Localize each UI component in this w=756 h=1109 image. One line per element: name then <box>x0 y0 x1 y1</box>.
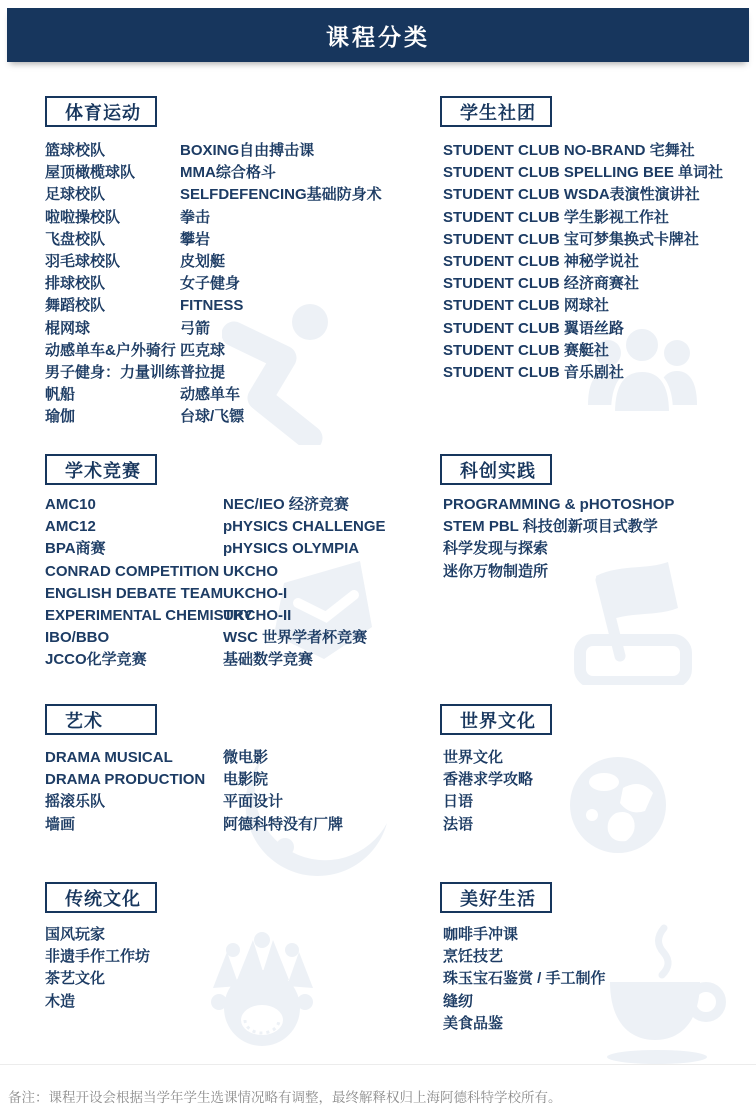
course-item: DRAMA PRODUCTION <box>45 769 205 791</box>
course-item: 非遗手作工作坊 <box>45 946 150 968</box>
course-item: 飞盘校队 <box>45 229 180 251</box>
footer-note: 备注：课程开设会根据当学年学生选课情况略有调整，最终解释权归上海阿德科特学校所有… <box>8 1086 748 1106</box>
good-life-list: 咖啡手冲课烹饪技艺珠玉宝石鉴赏 / 手工制作缝纫美食品鉴 <box>443 924 606 1035</box>
academic-list-col2: NEC/IEO 经济竞赛pHYSICS CHALLENGEpHYSICS OLY… <box>223 494 386 672</box>
student-clubs-list: STUDENT CLUB NO-BRAND 宅舞社STUDENT CLUB SP… <box>443 140 723 384</box>
course-item: STUDENT CLUB 经济商赛社 <box>443 273 723 295</box>
course-item: 国风玩家 <box>45 924 150 946</box>
sports-list-col2: BOXING自由搏击课MMA综合格斗SELFDEFENCING基础防身术拳击攀岩… <box>180 140 382 428</box>
course-item: STUDENT CLUB 学生影视工作社 <box>443 207 723 229</box>
course-item: 缝纫 <box>443 991 606 1013</box>
course-item: 基础数学竞赛 <box>223 649 386 671</box>
course-category-poster: { "page": { "title": "课程分类", "footer_not… <box>0 0 756 1109</box>
course-item: 日语 <box>443 791 533 813</box>
course-item: BOXING自由搏击课 <box>180 140 382 162</box>
course-item: 普拉提 <box>180 362 382 384</box>
course-item: UKCHO-I <box>223 583 386 605</box>
course-item: AMC12 <box>45 516 253 538</box>
course-item: 动感单车 <box>180 384 382 406</box>
arts-list-col1: DRAMA MUSICALDRAMA PRODUCTION摇滚乐队墙画 <box>45 747 205 836</box>
course-item: STUDENT CLUB 宝可梦集换式卡牌社 <box>443 229 723 251</box>
course-item: 咖啡手冲课 <box>443 924 606 946</box>
course-item: 科学发现与探索 <box>443 538 674 560</box>
section-header-sports: 体育运动 <box>45 96 157 127</box>
course-item: STUDENT CLUB NO-BRAND 宅舞社 <box>443 140 723 162</box>
course-item: NEC/IEO 经济竞赛 <box>223 494 386 516</box>
course-item: WSC 世界学者杯竞赛 <box>223 627 386 649</box>
section-header-student-clubs: 学生社团 <box>440 96 552 127</box>
course-item: 香港求学攻略 <box>443 769 533 791</box>
course-item: 啦啦操校队 <box>45 207 180 229</box>
course-item: 排球校队 <box>45 273 180 295</box>
course-item: 烹饪技艺 <box>443 946 606 968</box>
course-item: STUDENT CLUB 网球社 <box>443 295 723 317</box>
course-item: STUDENT CLUB SPELLING BEE 单词社 <box>443 162 723 184</box>
course-item: STEM PBL 科技创新项目式教学 <box>443 516 674 538</box>
course-item: 舞蹈校队 <box>45 295 180 317</box>
section-title: 学术竞赛 <box>65 457 141 483</box>
course-item: pHYSICS CHALLENGE <box>223 516 386 538</box>
course-item: STUDENT CLUB 神秘学说社 <box>443 251 723 273</box>
course-item: 珠玉宝石鉴赏 / 手工制作 <box>443 968 606 990</box>
course-item: STUDENT CLUB 赛艇社 <box>443 340 723 362</box>
course-item: JCCO化学竞赛 <box>45 649 253 671</box>
course-item: 微电影 <box>223 747 343 769</box>
course-item: 法语 <box>443 814 533 836</box>
section-header-academic: 学术竞赛 <box>45 454 157 485</box>
section-header-traditional: 传统文化 <box>45 882 157 913</box>
course-item: UKCHO <box>223 561 386 583</box>
globe-icon <box>568 755 668 855</box>
section-title: 艺术 <box>65 707 103 733</box>
course-item: STUDENT CLUB 音乐剧社 <box>443 362 723 384</box>
course-item: 平面设计 <box>223 791 343 813</box>
course-item: 弓箭 <box>180 318 382 340</box>
course-item: pHYSICS OLYMPIA <box>223 538 386 560</box>
course-item: UKCHO-II <box>223 605 386 627</box>
section-title: 传统文化 <box>65 885 141 911</box>
section-header-good-life: 美好生活 <box>440 882 552 913</box>
course-item: 足球校队 <box>45 184 180 206</box>
page-title: 课程分类 <box>326 19 430 52</box>
course-item: EXPERIMENTAL CHEMISTRY <box>45 605 253 627</box>
course-item: 木造 <box>45 991 150 1013</box>
course-item: 棍网球 <box>45 318 180 340</box>
traditional-list: 国风玩家非遗手作工作坊茶艺文化木造 <box>45 924 150 1013</box>
course-item: FITNESS <box>180 295 382 317</box>
course-item: 动感单车&户外骑行 <box>45 340 180 362</box>
course-item: 男子健身：力量训练 <box>45 362 180 384</box>
course-item: BPA商赛 <box>45 538 253 560</box>
section-title: 美好生活 <box>460 885 536 911</box>
course-item: 摇滚乐队 <box>45 791 205 813</box>
world-culture-list: 世界文化香港求学攻略日语法语 <box>443 747 533 836</box>
course-item: 阿德科特没有厂牌 <box>223 814 343 836</box>
section-title: 科创实践 <box>460 457 536 483</box>
course-item: 羽毛球校队 <box>45 251 180 273</box>
course-item: IBO/BBO <box>45 627 253 649</box>
course-item: 电影院 <box>223 769 343 791</box>
academic-list-col1: AMC10AMC12BPA商赛CONRAD COMPETITIONENGLISH… <box>45 494 253 672</box>
section-header-arts: 艺术 <box>45 704 157 735</box>
section-title: 学生社团 <box>460 99 536 125</box>
course-item: 世界文化 <box>443 747 533 769</box>
course-item: ENGLISH DEBATE TEAM <box>45 583 253 605</box>
course-item: 台球/飞镖 <box>180 406 382 428</box>
arts-list-col2: 微电影电影院平面设计阿德科特没有厂牌 <box>223 747 343 836</box>
course-item: STUDENT CLUB 翼语丝路 <box>443 318 723 340</box>
course-item: 瑜伽 <box>45 406 180 428</box>
course-item: 攀岩 <box>180 229 382 251</box>
course-item: 拳击 <box>180 207 382 229</box>
sports-list-col1: 篮球校队屋顶橄榄球队足球校队啦啦操校队飞盘校队羽毛球校队排球校队舞蹈校队棍网球动… <box>45 140 180 428</box>
section-header-tech: 科创实践 <box>440 454 552 485</box>
course-item: 皮划艇 <box>180 251 382 273</box>
course-item: 匹克球 <box>180 340 382 362</box>
course-item: CONRAD COMPETITION <box>45 561 253 583</box>
course-item: PROGRAMMING & pHOTOSHOP <box>443 494 674 516</box>
section-title: 世界文化 <box>460 707 536 733</box>
course-item: 美食品鉴 <box>443 1013 606 1035</box>
page-title-bar: 课程分类 <box>7 8 749 62</box>
course-item: 篮球校队 <box>45 140 180 162</box>
course-item: 屋顶橄榄球队 <box>45 162 180 184</box>
course-item: 帆船 <box>45 384 180 406</box>
lion-dance-icon <box>195 928 330 1063</box>
tech-list: PROGRAMMING & pHOTOSHOPSTEM PBL 科技创新项目式教… <box>443 494 674 583</box>
course-item: 茶艺文化 <box>45 968 150 990</box>
course-item: AMC10 <box>45 494 253 516</box>
course-item: MMA综合格斗 <box>180 162 382 184</box>
course-item: 女子健身 <box>180 273 382 295</box>
course-item: 迷你万物制造所 <box>443 561 674 583</box>
section-header-world-culture: 世界文化 <box>440 704 552 735</box>
course-item: STUDENT CLUB WSDA表演性演讲社 <box>443 184 723 206</box>
course-item: 墙画 <box>45 814 205 836</box>
course-item: DRAMA MUSICAL <box>45 747 205 769</box>
footer-divider <box>0 1064 756 1065</box>
course-item: SELFDEFENCING基础防身术 <box>180 184 382 206</box>
section-title: 体育运动 <box>65 99 141 125</box>
